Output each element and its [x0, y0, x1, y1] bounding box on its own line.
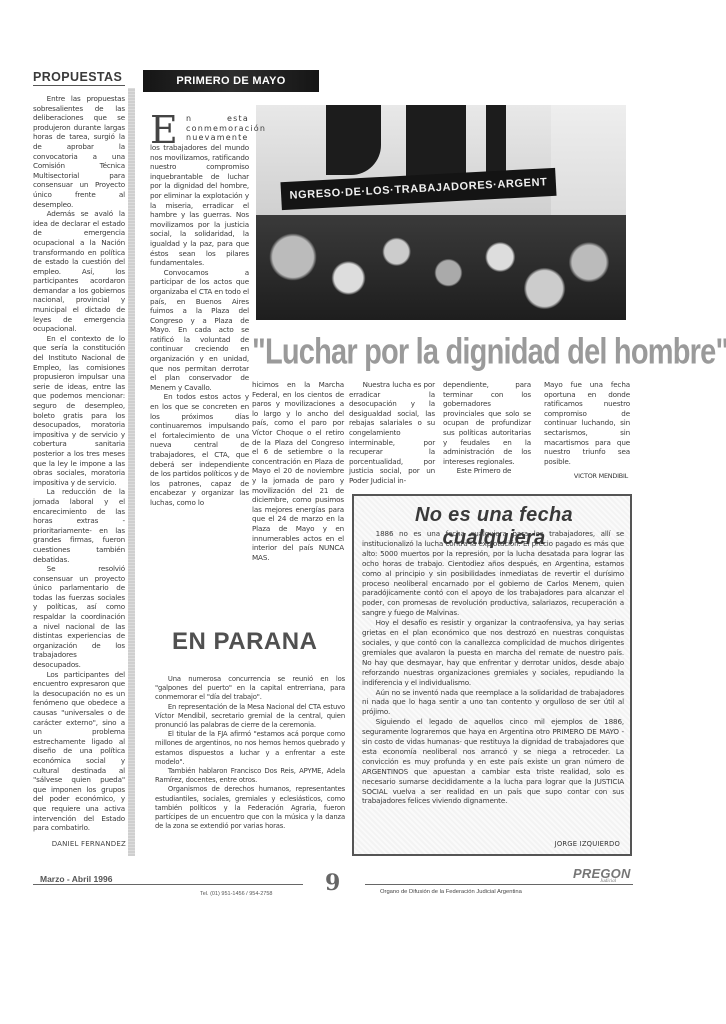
- main-paragraph: En todos estos actos y en los que se con…: [150, 392, 249, 507]
- column-divider-rule: [128, 88, 135, 856]
- parana-paragraph: Una numerosa concurrencia se reunió en l…: [155, 675, 345, 703]
- main-article-column-4: dependiente, para terminar con los gober…: [443, 380, 531, 476]
- main-headline: "Luchar por la dignidad del hombre": [252, 332, 630, 373]
- boxed-article-body: 1886 no es una fecha cualquiera para los…: [362, 529, 624, 806]
- boxed-article-author: JORGE IZQUIERDO: [555, 840, 620, 848]
- parana-paragraph: También hablaron Francisco Dos Reis, APY…: [155, 767, 345, 785]
- parana-title: EN PARANA: [172, 628, 332, 656]
- footer-rule-left: [33, 884, 303, 885]
- section-header-bar: PRIMERO DE MAYO: [143, 70, 319, 92]
- footer-telephone: Tel. (01) 951-1456 / 954-2758: [200, 891, 272, 897]
- left-article-body: Entre las propuestas sobresalientes de l…: [33, 94, 125, 833]
- boxed-paragraph: Aún no se inventó nada que reemplace a l…: [362, 688, 624, 718]
- parana-paragraph: Organismos de derechos humanos, represen…: [155, 785, 345, 831]
- left-paragraph: Los participantes del encuentro expresar…: [33, 670, 125, 833]
- boxed-article: No es una fecha cualquiera 1886 no es un…: [352, 494, 632, 856]
- main-paragraph: Este Primero de: [443, 466, 531, 476]
- left-paragraph: En el contexto de lo que sería la consti…: [33, 334, 125, 488]
- boxed-paragraph: 1886 no es una fecha cualquiera para los…: [362, 529, 624, 618]
- main-intro-text: n esta conmemoración nuevamente: [186, 114, 249, 143]
- parana-paragraph: El titular de la FJA afirmó "estamos acá…: [155, 730, 345, 767]
- left-paragraph: La reducción de la jornada laboral y el …: [33, 487, 125, 564]
- boxed-paragraph: Siguiendo el legado de aquellos cinco mi…: [362, 717, 624, 806]
- parana-article-body: Una numerosa concurrencia se reunió en l…: [155, 675, 345, 831]
- boxed-paragraph: Hoy el desafío es resistir y organizar l…: [362, 618, 624, 687]
- crowd-photo: NGRESO·DE·LOS·TRABAJADORES·ARGENT: [256, 105, 626, 320]
- main-article-column-2: hicimos en la Marcha Federal, en los cie…: [252, 380, 344, 562]
- left-paragraph: Además se avaló la idea de declarar el e…: [33, 209, 125, 334]
- main-article-author: VICTOR MENDIBIL: [544, 472, 628, 480]
- section-header-label: PRIMERO DE MAYO: [176, 75, 285, 87]
- main-paragraph: los trabajadores del mundo nos movilizam…: [150, 143, 249, 268]
- page-number: 9: [325, 870, 340, 896]
- main-paragraph: Mayo fue una fecha oportuna en donde rat…: [544, 380, 630, 466]
- main-paragraph: dependiente, para terminar con los gober…: [443, 380, 531, 466]
- pregon-logo-subtitle: Judicial: [600, 879, 616, 884]
- photo-crowd: [256, 215, 626, 320]
- left-paragraph: Se resolvió consensuar un proyecto único…: [33, 564, 125, 670]
- main-paragraph: Convocamos a participar de los actos que…: [150, 268, 249, 393]
- main-paragraph: hicimos en la Marcha Federal, en los cie…: [252, 380, 344, 562]
- parana-paragraph: En representación de la Mesa Nacional de…: [155, 703, 345, 731]
- footer-organization: Organo de Difusión de la Federación Judi…: [380, 889, 522, 895]
- main-paragraph: Nuestra lucha es por erradicar la desocu…: [349, 380, 435, 486]
- banner-letter-shape: [326, 105, 381, 175]
- main-article-column-1: los trabajadores del mundo nos movilizam…: [150, 143, 249, 508]
- footer-rule-right: [365, 884, 633, 885]
- footer-date: Marzo - Abril 1996: [40, 874, 112, 884]
- left-section-title: PROPUESTAS: [33, 70, 125, 86]
- left-article-author: DANIEL FERNANDEZ: [42, 840, 126, 848]
- left-paragraph: Entre las propuestas sobresalientes de l…: [33, 94, 125, 209]
- main-article-column-3: Nuestra lucha es por erradicar la desocu…: [349, 380, 435, 486]
- main-article-column-5: Mayo fue una fecha oportuna en donde rat…: [544, 380, 630, 466]
